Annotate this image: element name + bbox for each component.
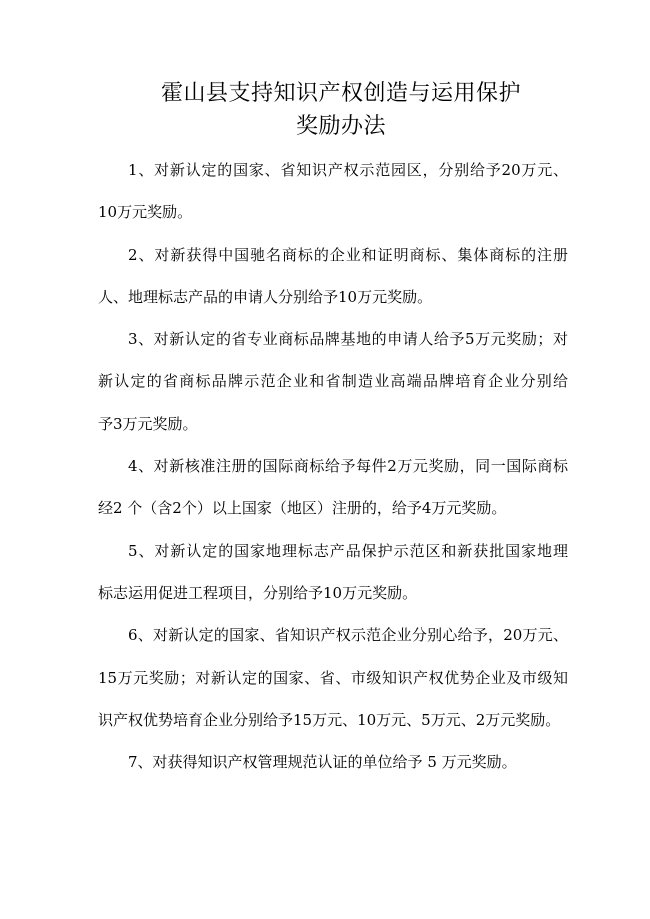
paragraph-2-line-1: 2、对新获得中国驰名商标的企业和证明商标、集体商标的注册 [98,234,568,276]
paragraph-7-line-1: 7、对获得知识产权管理规范认证的单位给予 5 万元奖励。 [98,741,568,783]
paragraph-4: 4、对新核准注册的国际商标给予每件2万元奖励，同一国际商标 经2 个（含2个）以… [98,445,568,530]
paragraph-1-line-2: 10万元奖励。 [98,191,568,233]
paragraph-5: 5、对新认定的国家地理标志产品保护示范区和新获批国家地理 标志运用促进工程项目，… [98,530,568,615]
paragraph-2: 2、对新获得中国驰名商标的企业和证明商标、集体商标的注册 人、地理标志产品的申请… [98,234,568,319]
paragraph-4-line-2: 经2 个（含2个）以上国家（地区）注册的，给予4万元奖励。 [98,487,568,529]
paragraph-3-line-1: 3、对新认定的省专业商标品牌基地的申请人给予5万元奖励；对 [98,318,568,360]
document-body: 1、对新认定的国家、省知识产权示范园区，分别给予20万元、 10万元奖励。 2、… [98,149,568,783]
document-content: 霍山县支持知识产权创造与运用保护 奖励办法 1、对新认定的国家、省知识产权示范园… [98,78,568,783]
paragraph-7: 7、对获得知识产权管理规范认证的单位给予 5 万元奖励。 [98,741,568,783]
paragraph-3-line-3: 予3万元奖励。 [98,403,568,445]
document-title: 霍山县支持知识产权创造与运用保护 奖励办法 [98,78,568,143]
document-title-line-2: 奖励办法 [114,111,568,144]
paragraph-6-line-1: 6、对新认定的国家、省知识产权示范企业分别心给予，20万元、 [98,614,568,656]
document-title-line-1: 霍山县支持知识产权创造与运用保护 [114,78,568,111]
paragraph-3: 3、对新认定的省专业商标品牌基地的申请人给予5万元奖励；对 新认定的省商标品牌示… [98,318,568,445]
paragraph-5-line-1: 5、对新认定的国家地理标志产品保护示范区和新获批国家地理 [98,530,568,572]
paragraph-6-line-3: 识产权优势培育企业分别给予15万元、10万元、5万元、2万元奖励。 [98,699,568,741]
paragraph-1: 1、对新认定的国家、省知识产权示范园区，分别给予20万元、 10万元奖励。 [98,149,568,234]
paragraph-4-line-1: 4、对新核准注册的国际商标给予每件2万元奖励，同一国际商标 [98,445,568,487]
paragraph-2-line-2: 人、地理标志产品的申请人分别给予10万元奖励。 [98,276,568,318]
document-page: 霍山县支持知识产权创造与运用保护 奖励办法 1、对新认定的国家、省知识产权示范园… [0,0,650,919]
paragraph-1-line-1: 1、对新认定的国家、省知识产权示范园区，分别给予20万元、 [98,149,568,191]
paragraph-5-line-2: 标志运用促进工程项目，分别给予10万元奖励。 [98,572,568,614]
paragraph-6: 6、对新认定的国家、省知识产权示范企业分别心给予，20万元、 15万元奖励；对新… [98,614,568,741]
paragraph-6-line-2: 15万元奖励；对新认定的国家、省、市级知识产权优势企业及市级知 [98,657,568,699]
paragraph-3-line-2: 新认定的省商标品牌示范企业和省制造业高端品牌培育企业分别给 [98,360,568,402]
